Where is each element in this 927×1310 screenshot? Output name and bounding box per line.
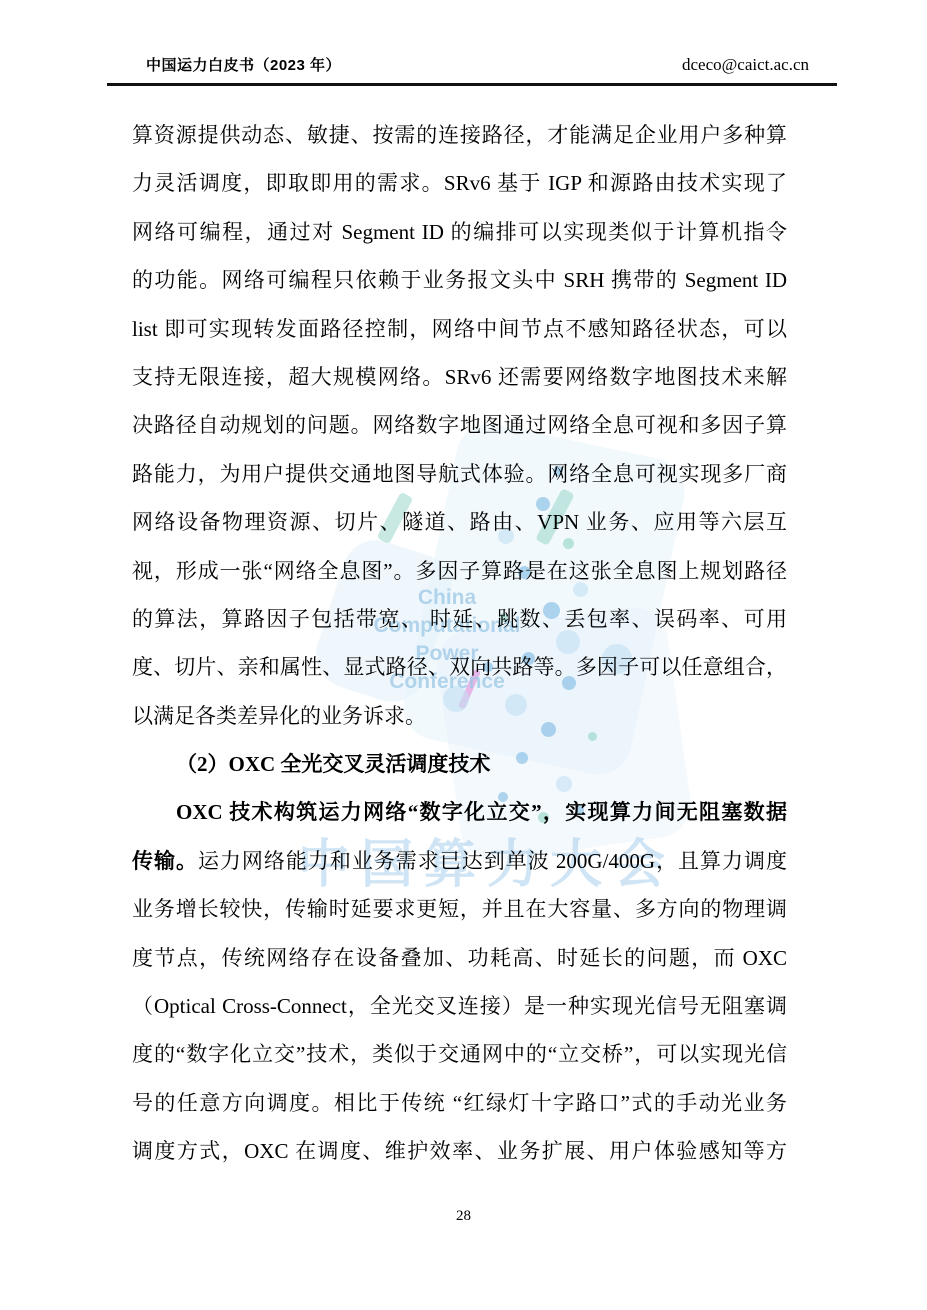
text-line: 算资源提供动态、敏捷、按需的连接路径，才能满足企业用户多种算	[132, 111, 787, 159]
text-line: 调度方式，OXC 在调度、维护效率、业务扩展、用户体验感知等方	[132, 1127, 787, 1175]
text-line: 的算法，算路因子包括带宽、 时延、跳数、丢包率、误码率、可用	[132, 595, 787, 643]
text-line: 网络可编程，通过对 Segment ID 的编排可以实现类似于计算机指令	[132, 208, 787, 256]
text-line: 度、切片、亲和属性、显式路径、双向共路等。多因子可以任意组合，	[132, 643, 787, 691]
section-heading: （2）OXC 全光交叉灵活调度技术	[132, 740, 787, 788]
bold-run: 传输。	[132, 849, 198, 873]
header-email: dceco@caict.ac.cn	[682, 55, 809, 75]
text-line: 号的任意方向调度。相比于传统 “红绿灯十字路口”式的手动光业务	[132, 1079, 787, 1127]
text-line: （Optical Cross-Connect，全光交叉连接）是一种实现光信号无阻…	[132, 982, 787, 1030]
text-line: OXC 技术构筑运力网络“数字化立交”，实现算力间无阻塞数据	[132, 788, 787, 836]
text-line: 力灵活调度，即取即用的需求。SRv6 基于 IGP 和源路由技术实现了	[132, 159, 787, 207]
text-line: 视，形成一张“网络全息图”。多因子算路是在这张全息图上规划路径	[132, 547, 787, 595]
text-run: 运力网络能力和业务需求已达到单波 200G/400G，且算力调度	[198, 849, 787, 873]
text-line: 度节点，传统网络存在设备叠加、功耗高、时延长的问题，而 OXC	[132, 934, 787, 982]
text-line: list 即可实现转发面路径控制，网络中间节点不感知路径状态，可以	[132, 305, 787, 353]
text-line: 网络设备物理资源、切片、隧道、路由、VPN 业务、应用等六层互	[132, 498, 787, 546]
document-page: China Computational Power Conference 中国算…	[0, 0, 927, 1310]
text-line: 路能力，为用户提供交通地图导航式体验。网络全息可视实现多厂商	[132, 450, 787, 498]
text-line: 度的“数字化立交”技术，类似于交通网中的“立交桥”，可以实现光信	[132, 1030, 787, 1078]
body-text: 算资源提供动态、敏捷、按需的连接路径，才能满足企业用户多种算 力灵活调度，即取即…	[132, 111, 787, 1176]
page-number: 28	[0, 1208, 927, 1225]
page-header: 中国运力白皮书（2023 年） dceco@caict.ac.cn	[107, 54, 837, 86]
text-line: 以满足各类差异化的业务诉求。	[132, 692, 787, 740]
text-line: 支持无限连接，超大规模网络。SRv6 还需要网络数字地图技术来解	[132, 353, 787, 401]
text-line: 业务增长较快，传输时延要求更短，并且在大容量、多方向的物理调	[132, 885, 787, 933]
header-title: 中国运力白皮书（2023 年）	[146, 54, 341, 75]
text-line: 的功能。网络可编程只依赖于业务报文头中 SRH 携带的 Segment ID	[132, 256, 787, 304]
text-line: 传输。运力网络能力和业务需求已达到单波 200G/400G，且算力调度	[132, 837, 787, 885]
text-line: 决路径自动规划的问题。网络数字地图通过网络全息可视和多因子算	[132, 401, 787, 449]
